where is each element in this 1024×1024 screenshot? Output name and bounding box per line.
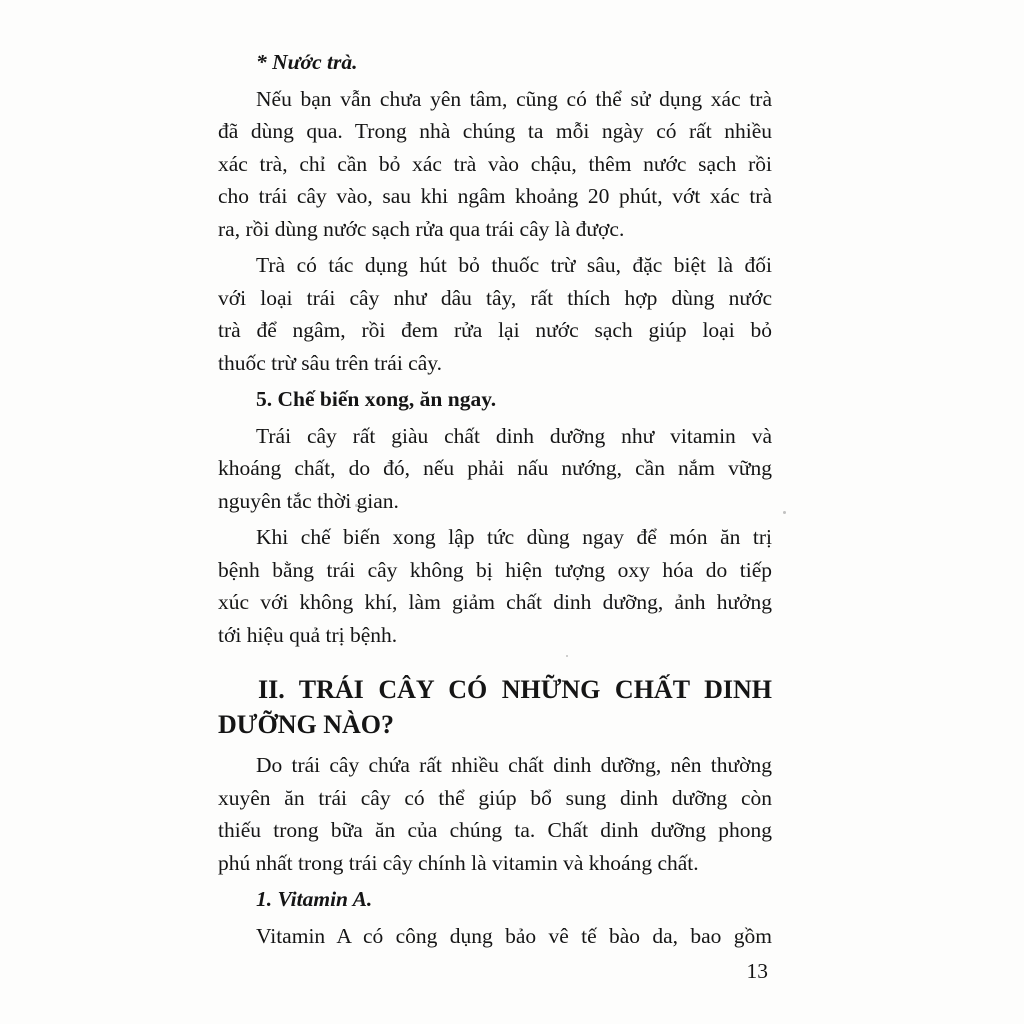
- text-line: Trái cây rất giàu chất dinh dưỡng như vi…: [218, 420, 772, 453]
- scan-speck: [783, 511, 786, 514]
- text-line: thuốc trừ sâu trên trái cây.: [218, 347, 772, 380]
- page-number: 13: [218, 955, 768, 987]
- paragraph-tea-residue: Nếu bạn vẫn chưa yên tâm, cũng có thể sử…: [218, 83, 772, 246]
- text-line: II. TRÁI CÂY CÓ NHỮNG CHẤT DINH: [218, 672, 772, 707]
- text-line: với loại trái cây như dâu tây, rất thích…: [218, 282, 772, 315]
- text-line: khoáng chất, do đó, nếu phải nấu nướng, …: [218, 452, 772, 485]
- paragraph-vitamin-a: Vitamin A có công dụng bảo vê tế bào da,…: [218, 920, 772, 953]
- text-column: * Nước trà. Nếu bạn vẫn chưa yên tâm, cũ…: [218, 42, 772, 952]
- book-page: * Nước trà. Nếu bạn vẫn chưa yên tâm, cũ…: [0, 0, 1024, 1024]
- scan-speck: [355, 504, 358, 507]
- text-line: Vitamin A có công dụng bảo vê tế bào da,…: [218, 920, 772, 953]
- text-line: cho trái cây vào, sau khi ngâm khoảng 20…: [218, 180, 772, 213]
- paragraph-eat-immediately: Khi chế biến xong lập tức dùng ngay để m…: [218, 521, 772, 651]
- scan-speck: [566, 655, 568, 657]
- section-heading-ii: II. TRÁI CÂY CÓ NHỮNG CHẤT DINHDƯỠNG NÀO…: [218, 672, 772, 742]
- text-line: DƯỠNG NÀO?: [218, 707, 772, 742]
- text-line: trà để ngâm, rồi đem rửa lại nước sạch g…: [218, 314, 772, 347]
- text-line: nguyên tắc thời gian.: [218, 485, 772, 518]
- paragraph-cook-nutrition: Trái cây rất giàu chất dinh dưỡng như vi…: [218, 420, 772, 518]
- paragraph-nutrients-intro: Do trái cây chứa rất nhiều chất dinh dưỡ…: [218, 749, 772, 879]
- text-line: Do trái cây chứa rất nhiều chất dinh dưỡ…: [218, 749, 772, 782]
- text-line: xuyên ăn trái cây có thể giúp bổ sung di…: [218, 782, 772, 815]
- subheading-che-bien-xong: 5. Chế biến xong, ăn ngay.: [218, 383, 772, 416]
- paragraph-tea-pesticide: Trà có tác dụng hút bỏ thuốc trừ sâu, đặ…: [218, 249, 772, 379]
- text-line: Nếu bạn vẫn chưa yên tâm, cũng có thể sử…: [218, 83, 772, 116]
- text-line: tới hiệu quả trị bệnh.: [218, 619, 772, 652]
- text-line: Trà có tác dụng hút bỏ thuốc trừ sâu, đặ…: [218, 249, 772, 282]
- text-line: đã dùng qua. Trong nhà chúng ta mỗi ngày…: [218, 115, 772, 148]
- text-line: Khi chế biến xong lập tức dùng ngay để m…: [218, 521, 772, 554]
- subheading-nuoc-tra: * Nước trà.: [218, 46, 772, 79]
- subheading-vitamin-a: 1. Vitamin A.: [218, 883, 772, 916]
- text-line: bệnh bằng trái cây không bị hiện tượng o…: [218, 554, 772, 587]
- text-line: xác trà, chỉ cần bỏ xác trà vào chậu, th…: [218, 148, 772, 181]
- text-line: phú nhất trong trái cây chính là vitamin…: [218, 847, 772, 880]
- text-line: xúc với không khí, làm giảm chất dinh dư…: [218, 586, 772, 619]
- text-line: thiếu trong bữa ăn của chúng ta. Chất di…: [218, 814, 772, 847]
- text-line: ra, rồi dùng nước sạch rửa qua trái cây …: [218, 213, 772, 246]
